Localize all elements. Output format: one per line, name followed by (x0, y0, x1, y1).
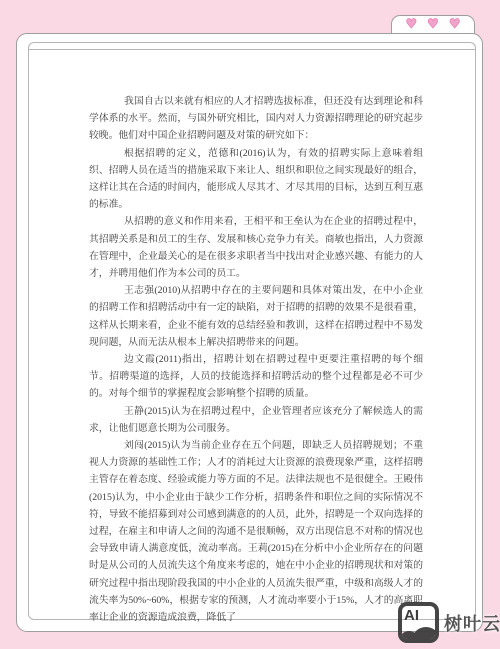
paragraph: 边文霞(2011)指出，招聘计划在招聘过程中更要注重招聘的每个细节。招聘渠道的选… (89, 351, 423, 403)
watermark-brand: 树叶云 (444, 610, 500, 636)
paragraph: 王静(2015)认为在招聘过程中，企业管理者应该充分了解候选人的需求，让他们愿意… (89, 403, 423, 437)
mountain-icon (413, 627, 435, 639)
document-body: 我国自古以来就有相应的人才招聘选拔标准，但还没有达到理论和科学体系的水平。然而，… (89, 93, 423, 626)
paragraph: 我国自古以来就有相应的人才招聘选拔标准，但还没有达到理论和科学体系的水平。然而，… (89, 93, 423, 145)
paragraph: 刘闯(2015)认为当前企业存在五个问题，即缺乏人员招聘规划；不重视人力资源的基… (89, 437, 423, 626)
screenshot-root: { "decor": { "heart_glyph": "♥", "heart_… (0, 0, 500, 649)
paragraph: 从招聘的意义和作用来看，王相平和王垒认为在企业的招聘过程中，其招聘关系是和员工的… (89, 213, 423, 282)
ai-image-icon: AI (398, 602, 439, 643)
heart-icon: ♥ (449, 18, 461, 31)
ai-icon-label: AI (404, 607, 419, 624)
paper-card: 我国自古以来就有相应的人才招聘选拔标准，但还没有达到理论和科学体系的水平。然而，… (16, 33, 483, 632)
watermark: AI 树叶云 (398, 602, 500, 643)
paragraph: 根据招聘的定义，范德和(2016)认为，有效的招聘实际上意味着组织、招聘人员在适… (89, 145, 423, 214)
heart-icon: ♥ (427, 18, 439, 31)
heart-icon: ♥ (406, 18, 418, 31)
top-rule (28, 49, 476, 50)
paragraph: 王志强(2010)从招聘中存在的主要问题和具体对策出发，在中小企业的招聘工作和招… (89, 282, 423, 351)
